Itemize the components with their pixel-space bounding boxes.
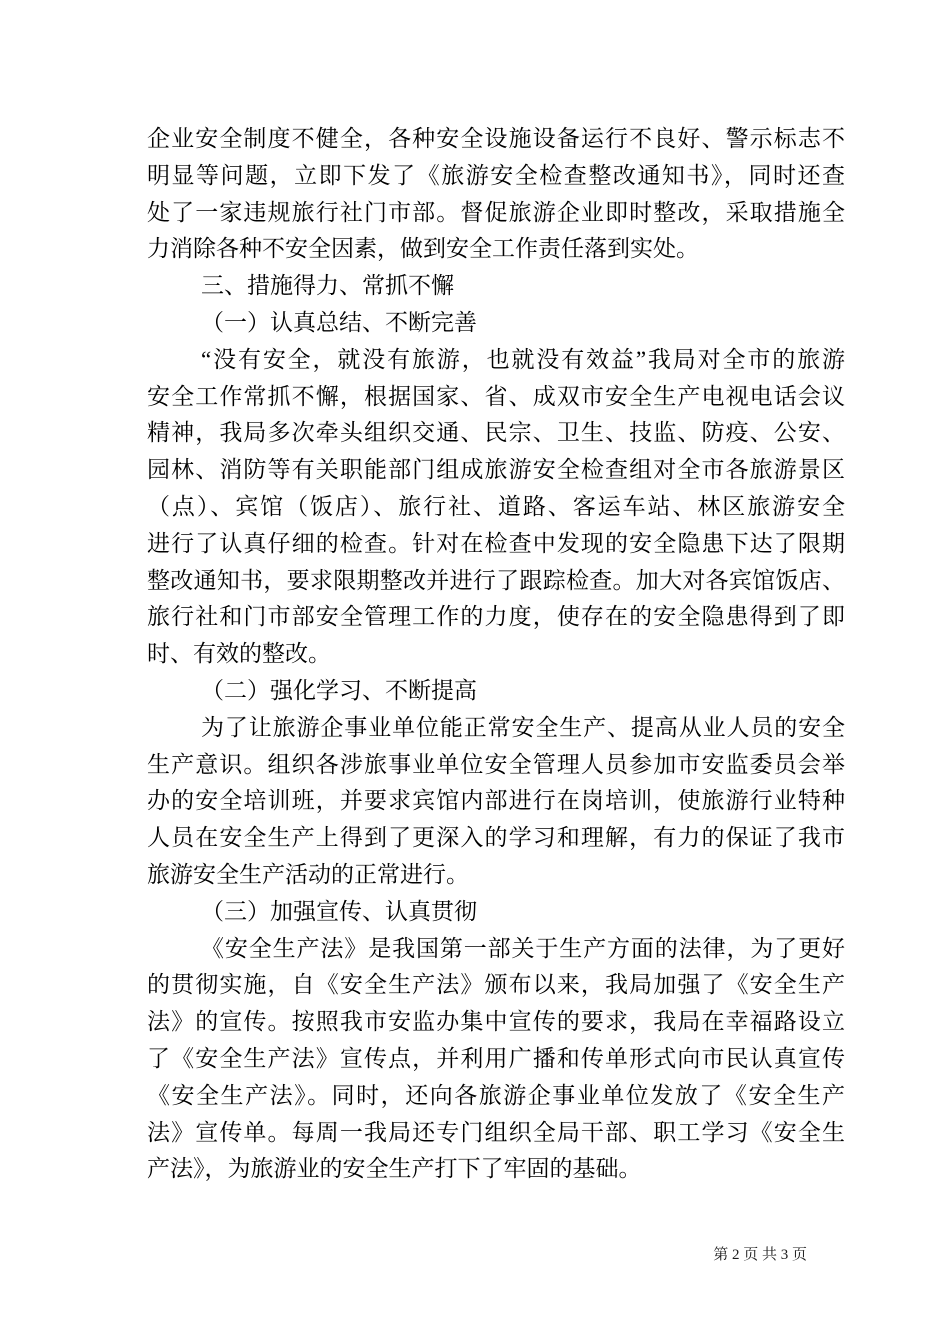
section-heading-line: （一）认真总结、不断完善 xyxy=(147,305,845,342)
text-line: 产法》，为旅游业的安全生产打下了牢固的基础。 xyxy=(147,1151,845,1188)
text-line: 企业安全制度不健全，各种安全设施设备运行不良好、警示标志不 xyxy=(147,121,845,158)
text-line: 办的安全培训班，并要求宾馆内部进行在岗培训，使旅游行业特种 xyxy=(147,783,845,820)
page-number-indicator: 第 2 页 共 3 页 xyxy=(713,1247,807,1263)
text-line: 人员在安全生产上得到了更深入的学习和理解，有力的保证了我市 xyxy=(147,820,845,857)
document-page: 企业安全制度不健全，各种安全设施设备运行不良好、警示标志不明显等问题，立即下发了… xyxy=(0,0,950,1344)
text-line: （点）、宾馆（饭店）、旅行社、道路、客运车站、林区旅游安全 xyxy=(147,489,845,526)
text-line: “没有安全，就没有旅游，也就没有效益”我局对全市的旅游 xyxy=(147,342,845,379)
text-line: 时、有效的整改。 xyxy=(147,636,845,673)
text-line: 《安全生产法》。同时，还向各旅游企事业单位发放了《安全生产 xyxy=(147,1078,845,1115)
section-heading-line: （二）强化学习、不断提高 xyxy=(147,673,845,710)
text-line: 法》的宣传。按照我市安监办集中宣传的要求，我局在幸福路设立 xyxy=(147,1004,845,1041)
text-line: 处了一家违规旅行社门市部。督促旅游企业即时整改，采取措施全 xyxy=(147,195,845,232)
text-line: 旅行社和门市部安全管理工作的力度，使存在的安全隐患得到了即 xyxy=(147,599,845,636)
text-line: 生产意识。组织各涉旅事业单位安全管理人员参加市安监委员会举 xyxy=(147,747,845,784)
section-heading-line: （三）加强宣传、认真贯彻 xyxy=(147,894,845,931)
text-line: 法》宣传单。每周一我局还专门组织全局干部、职工学习《安全生 xyxy=(147,1115,845,1152)
text-line: 整改通知书，要求限期整改并进行了跟踪检查。加大对各宾馆饭店、 xyxy=(147,563,845,600)
page-footer: 第 2 页 共 3 页 xyxy=(713,1244,807,1266)
text-line: 进行了认真仔细的检查。针对在检查中发现的安全隐患下达了限期 xyxy=(147,526,845,563)
text-line: 的贯彻实施，自《安全生产法》颁布以来，我局加强了《安全生产 xyxy=(147,967,845,1004)
text-line: 精神，我局多次牵头组织交通、民宗、卫生、技监、防疫、公安、 xyxy=(147,415,845,452)
text-line: 园林、消防等有关职能部门组成旅游安全检查组对全市各旅游景区 xyxy=(147,452,845,489)
section-heading-line: 三、措施得力、常抓不懈 xyxy=(147,268,845,305)
text-line: 《安全生产法》是我国第一部关于生产方面的法律，为了更好 xyxy=(147,931,845,968)
text-line: 安全工作常抓不懈，根据国家、省、成双市安全生产电视电话会议 xyxy=(147,379,845,416)
text-line: 力消除各种不安全因素，做到安全工作责任落到实处。 xyxy=(147,231,845,268)
text-line: 旅游安全生产活动的正常进行。 xyxy=(147,857,845,894)
text-line: 明显等问题，立即下发了《旅游安全检查整改通知书》，同时还查 xyxy=(147,158,845,195)
document-body: 企业安全制度不健全，各种安全设施设备运行不良好、警示标志不明显等问题，立即下发了… xyxy=(147,121,845,1188)
text-line: 了《安全生产法》宣传点，并利用广播和传单形式向市民认真宣传 xyxy=(147,1041,845,1078)
text-line: 为了让旅游企事业单位能正常安全生产、提高从业人员的安全 xyxy=(147,710,845,747)
